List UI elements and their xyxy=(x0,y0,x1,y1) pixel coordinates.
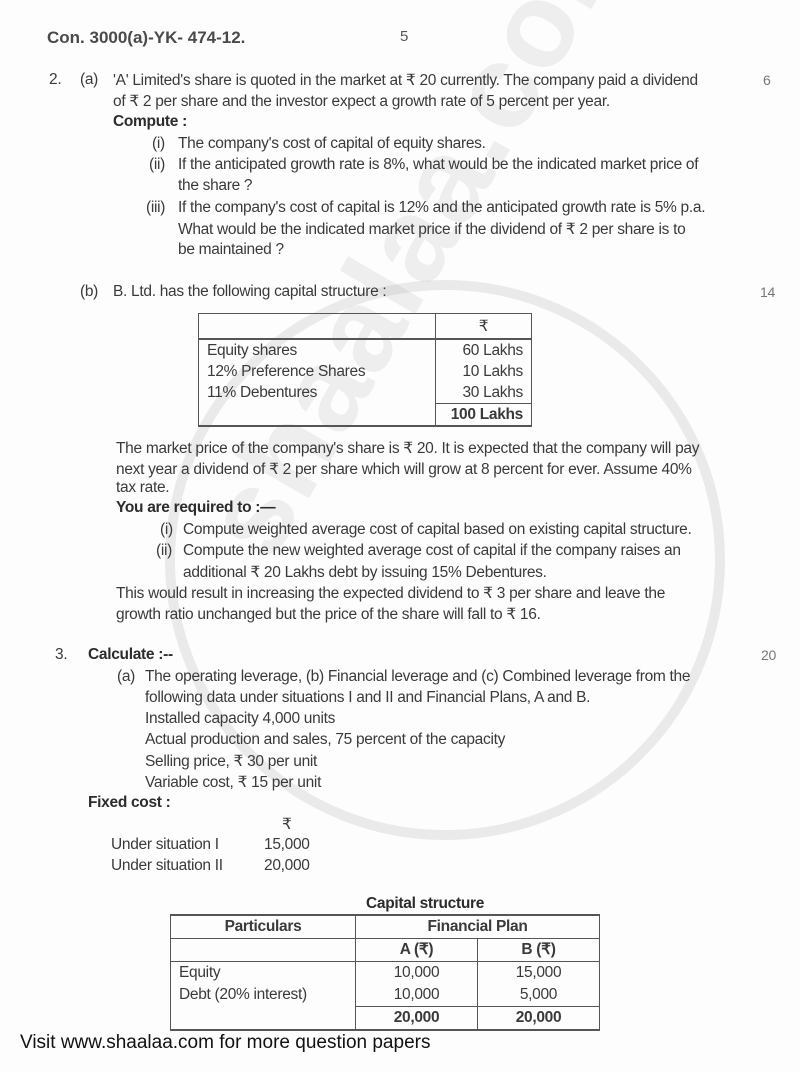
col-plan-b: B (₹) xyxy=(478,939,600,962)
q2b-item-1-num: (i) xyxy=(160,521,173,539)
q2b-marks: 14 xyxy=(760,284,775,300)
q2a-marks: 6 xyxy=(763,72,771,88)
paper-code: Con. 3000(a)-YK- 474-12. xyxy=(47,28,245,48)
q2b-item-2-num: (ii) xyxy=(156,542,172,560)
q2b-label: (b) xyxy=(80,283,98,301)
fixed-cost-currency: ₹ xyxy=(282,815,292,834)
col-financial-plan: Financial Plan xyxy=(356,915,600,939)
page-number: 5 xyxy=(400,28,408,45)
q3-fact-4: Variable cost, ₹ 15 per unit xyxy=(145,773,321,792)
q2b-para-line3: tax rate. xyxy=(116,479,169,497)
q2a-item-3-line3: be maintained ? xyxy=(178,241,284,259)
q2b-para-line2: next year a dividend of ₹ 2 per share wh… xyxy=(116,460,692,479)
table-row: Debt (20% interest) 10,000 5,000 xyxy=(171,984,600,1007)
table-total-row: 100 Lakhs xyxy=(199,404,532,427)
currency-header: ₹ xyxy=(436,314,532,340)
table-row: Equity shares 60 Lakhs xyxy=(199,339,532,361)
q2-number: 2. xyxy=(49,71,61,89)
q2b-item-2-line1: Compute the new weighted average cost of… xyxy=(183,542,681,560)
q2a-item-3-line1: If the company's cost of capital is 12% … xyxy=(178,199,705,217)
q2a-item-1-text: The company's cost of capital of equity … xyxy=(178,135,486,153)
q2b-closing-line1: This would result in increasing the expe… xyxy=(116,584,665,603)
table-row: Equity 10,000 15,000 xyxy=(171,962,600,985)
q3a-line2: following data under situations I and II… xyxy=(145,689,590,707)
capital-structure-table-plans: Particulars Financial Plan A (₹) B (₹) E… xyxy=(170,914,600,1031)
col-particulars: Particulars xyxy=(171,915,356,939)
q2a-item-2-line2: the share ? xyxy=(178,177,252,195)
table-total-row: 20,000 20,000 xyxy=(171,1007,600,1031)
table-row: 12% Preference Shares 10 Lakhs xyxy=(199,361,532,382)
q2a-item-2-line1: If the anticipated growth rate is 8%, wh… xyxy=(178,156,698,174)
fixed-cost-value-2: 20,000 xyxy=(264,857,310,875)
q2b-item-2-line2: additional ₹ 20 Lakhs debt by issuing 15… xyxy=(183,563,547,582)
q2a-item-1-num: (i) xyxy=(152,135,165,153)
q2b-para-line1: The market price of the company's share … xyxy=(116,439,699,458)
q3a-label: (a) xyxy=(117,668,135,686)
capital-structure-table-b: ₹ Equity shares 60 Lakhs 12% Preference … xyxy=(198,313,532,427)
footer-link-text[interactable]: Visit www.shaalaa.com for more question … xyxy=(20,1032,430,1054)
fixed-cost-label-1: Under situation I xyxy=(111,836,219,854)
q2a-line1: 'A' Limited's share is quoted in the mar… xyxy=(113,71,698,90)
capital-table-title: Capital structure xyxy=(366,895,484,913)
q3-fact-2: Actual production and sales, 75 percent … xyxy=(145,731,505,749)
q2a-item-2-num: (ii) xyxy=(149,156,165,174)
q2a-item-3-line2: What would be the indicated market price… xyxy=(178,220,685,239)
q3a-line1: The operating leverage, (b) Financial le… xyxy=(145,668,690,686)
q2b-closing-line2: growth ratio unchanged but the price of … xyxy=(116,605,541,624)
q2a-item-3-num: (iii) xyxy=(146,199,165,217)
q2a-compute-label: Compute : xyxy=(113,113,187,131)
fixed-cost-label-2: Under situation II xyxy=(111,857,223,875)
q3-number: 3. xyxy=(55,646,67,664)
fixed-cost-value-1: 15,000 xyxy=(264,836,310,854)
q3-fact-1: Installed capacity 4,000 units xyxy=(145,710,335,728)
q3-marks: 20 xyxy=(761,647,776,663)
q2b-intro: B. Ltd. has the following capital struct… xyxy=(113,283,386,301)
q2a-line2: of ₹ 2 per share and the investor expect… xyxy=(113,92,610,111)
q2b-required-label: You are required to :— xyxy=(116,499,275,517)
q2a-label: (a) xyxy=(80,71,98,89)
fixed-cost-label: Fixed cost : xyxy=(88,794,171,812)
q3-fact-3: Selling price, ₹ 30 per unit xyxy=(145,752,317,771)
q3-title: Calculate :-- xyxy=(88,646,173,664)
table-row: 11% Debentures 30 Lakhs xyxy=(199,382,532,404)
q2b-item-1-text: Compute weighted average cost of capital… xyxy=(183,521,692,539)
col-plan-a: A (₹) xyxy=(356,939,478,962)
